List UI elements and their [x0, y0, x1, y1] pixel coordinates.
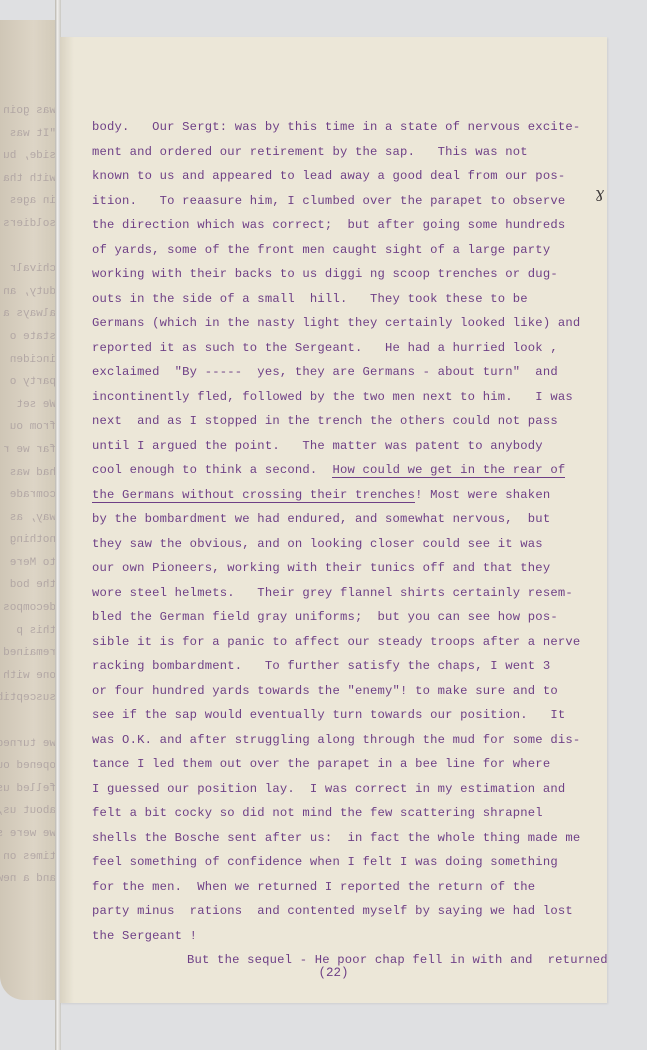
bleed-line: the bod	[4, 574, 56, 597]
bleed-line: always a	[4, 303, 56, 326]
bleed-line: comrade	[4, 484, 56, 507]
bleed-line: We set	[4, 394, 56, 417]
text-line: sible it is for a panic to affect our st…	[92, 630, 592, 655]
text-line: tance I led them out over the parapet in…	[92, 752, 592, 777]
bleed-line: duty, an	[4, 281, 56, 304]
text-line: feel something of confidence when I felt…	[92, 850, 592, 875]
underlined-text: the Germans without crossing their trenc…	[92, 488, 415, 503]
bleed-line: chivalr	[4, 258, 56, 281]
text-line: incontinently fled, followed by the two …	[92, 385, 592, 410]
text-line: next and as I stopped in the trench the …	[92, 409, 592, 434]
bleed-line: in ages	[4, 190, 56, 213]
typewritten-page: ɣ body. Our Sergt: was by this time in a…	[60, 37, 607, 1003]
text-line: shells the Bosche sent after us: in fact…	[92, 826, 592, 851]
text-line: outs in the side of a small hill. They t…	[92, 287, 592, 312]
text-line: working with their backs to us diggi ng …	[92, 262, 592, 287]
margin-annotation: ɣ	[595, 184, 604, 202]
text-line: Germans (which in the nasty light they c…	[92, 311, 592, 336]
text-line: body. Our Sergt: was by this time in a s…	[92, 115, 592, 140]
bleed-line: from ou	[4, 416, 56, 439]
text-line: of yards, some of the front men caught s…	[92, 238, 592, 263]
text-line: see if the sap would eventually turn tow…	[92, 703, 592, 728]
bleed-line: felled us	[4, 778, 56, 801]
bleed-line: way, as	[4, 507, 56, 530]
page-shadow	[60, 37, 74, 1003]
bleed-line: far we r	[4, 439, 56, 462]
underlined-text: How could we get in the rear of	[332, 463, 565, 478]
text-line: was O.K. and after struggling along thro…	[92, 728, 592, 753]
text-segment: ! Most were shaken	[415, 488, 550, 502]
bleed-line: was goin	[4, 100, 56, 123]
text-line: or four hundred yards towards the "enemy…	[92, 679, 592, 704]
page-number: (22)	[60, 966, 607, 980]
text-line: by the bombardment we had endured, and s…	[92, 507, 592, 532]
text-line: ition. To reaasure him, I clumbed over t…	[92, 189, 592, 214]
bleed-line: this p	[4, 620, 56, 643]
bleed-line: susceptib	[4, 687, 56, 710]
bleed-line: inciden	[4, 349, 56, 372]
bleed-line: party o	[4, 371, 56, 394]
text-line: exclaimed "By ----- yes, they are German…	[92, 360, 592, 385]
text-line: cool enough to think a second. How could…	[92, 458, 592, 483]
text-line: ment and ordered our retirement by the s…	[92, 140, 592, 165]
bleed-line	[4, 710, 56, 733]
text-line: reported it as such to the Sergeant. He …	[92, 336, 592, 361]
text-line: felt a bit cocky so did not mind the few…	[92, 801, 592, 826]
bleed-line: we turned	[4, 733, 56, 756]
text-line: I guessed our position lay. I was correc…	[92, 777, 592, 802]
text-line: racking bombardment. To further satisfy …	[92, 654, 592, 679]
bleed-line: state o	[4, 326, 56, 349]
bleed-line: to Mere	[4, 552, 56, 575]
bleed-line: remained	[4, 642, 56, 665]
facing-page-bleed-text: was goin"It wasside, buwith thain agesso…	[4, 100, 56, 891]
bleed-line: side, bu	[4, 145, 56, 168]
bleed-line: opened out	[4, 755, 56, 778]
text-line: the direction which was correct; but aft…	[92, 213, 592, 238]
bleed-line: had was	[4, 462, 56, 485]
bleed-line: with tha	[4, 168, 56, 191]
bleed-line: one with	[4, 665, 56, 688]
bleed-line: decompos	[4, 597, 56, 620]
bleed-line: about us,	[4, 800, 56, 823]
bleed-line: and a new	[4, 868, 56, 891]
text-line: for the men. When we returned I reported…	[92, 875, 592, 900]
bleed-line: soldiers	[4, 213, 56, 236]
page-body: body. Our Sergt: was by this time in a s…	[92, 115, 592, 973]
text-segment: cool enough to think a second.	[92, 463, 332, 477]
text-line: the Sergeant !	[92, 924, 592, 949]
text-line: our own Pioneers, working with their tun…	[92, 556, 592, 581]
bleed-line: we were sho	[4, 823, 56, 846]
text-line: known to us and appeared to lead away a …	[92, 164, 592, 189]
text-line: they saw the obvious, and on looking clo…	[92, 532, 592, 557]
bleed-line	[4, 236, 56, 259]
bleed-line: times on my	[4, 846, 56, 869]
bleed-line: nothing	[4, 529, 56, 552]
text-line: until I argued the point. The matter was…	[92, 434, 592, 459]
text-line: party minus rations and contented myself…	[92, 899, 592, 924]
text-line: wore steel helmets. Their grey flannel s…	[92, 581, 592, 606]
facing-page: was goin"It wasside, buwith thain agesso…	[0, 20, 56, 1000]
bleed-line: "It was	[4, 123, 56, 146]
text-line: bled the German field gray uniforms; but…	[92, 605, 592, 630]
text-line: the Germans without crossing their trenc…	[92, 483, 592, 508]
